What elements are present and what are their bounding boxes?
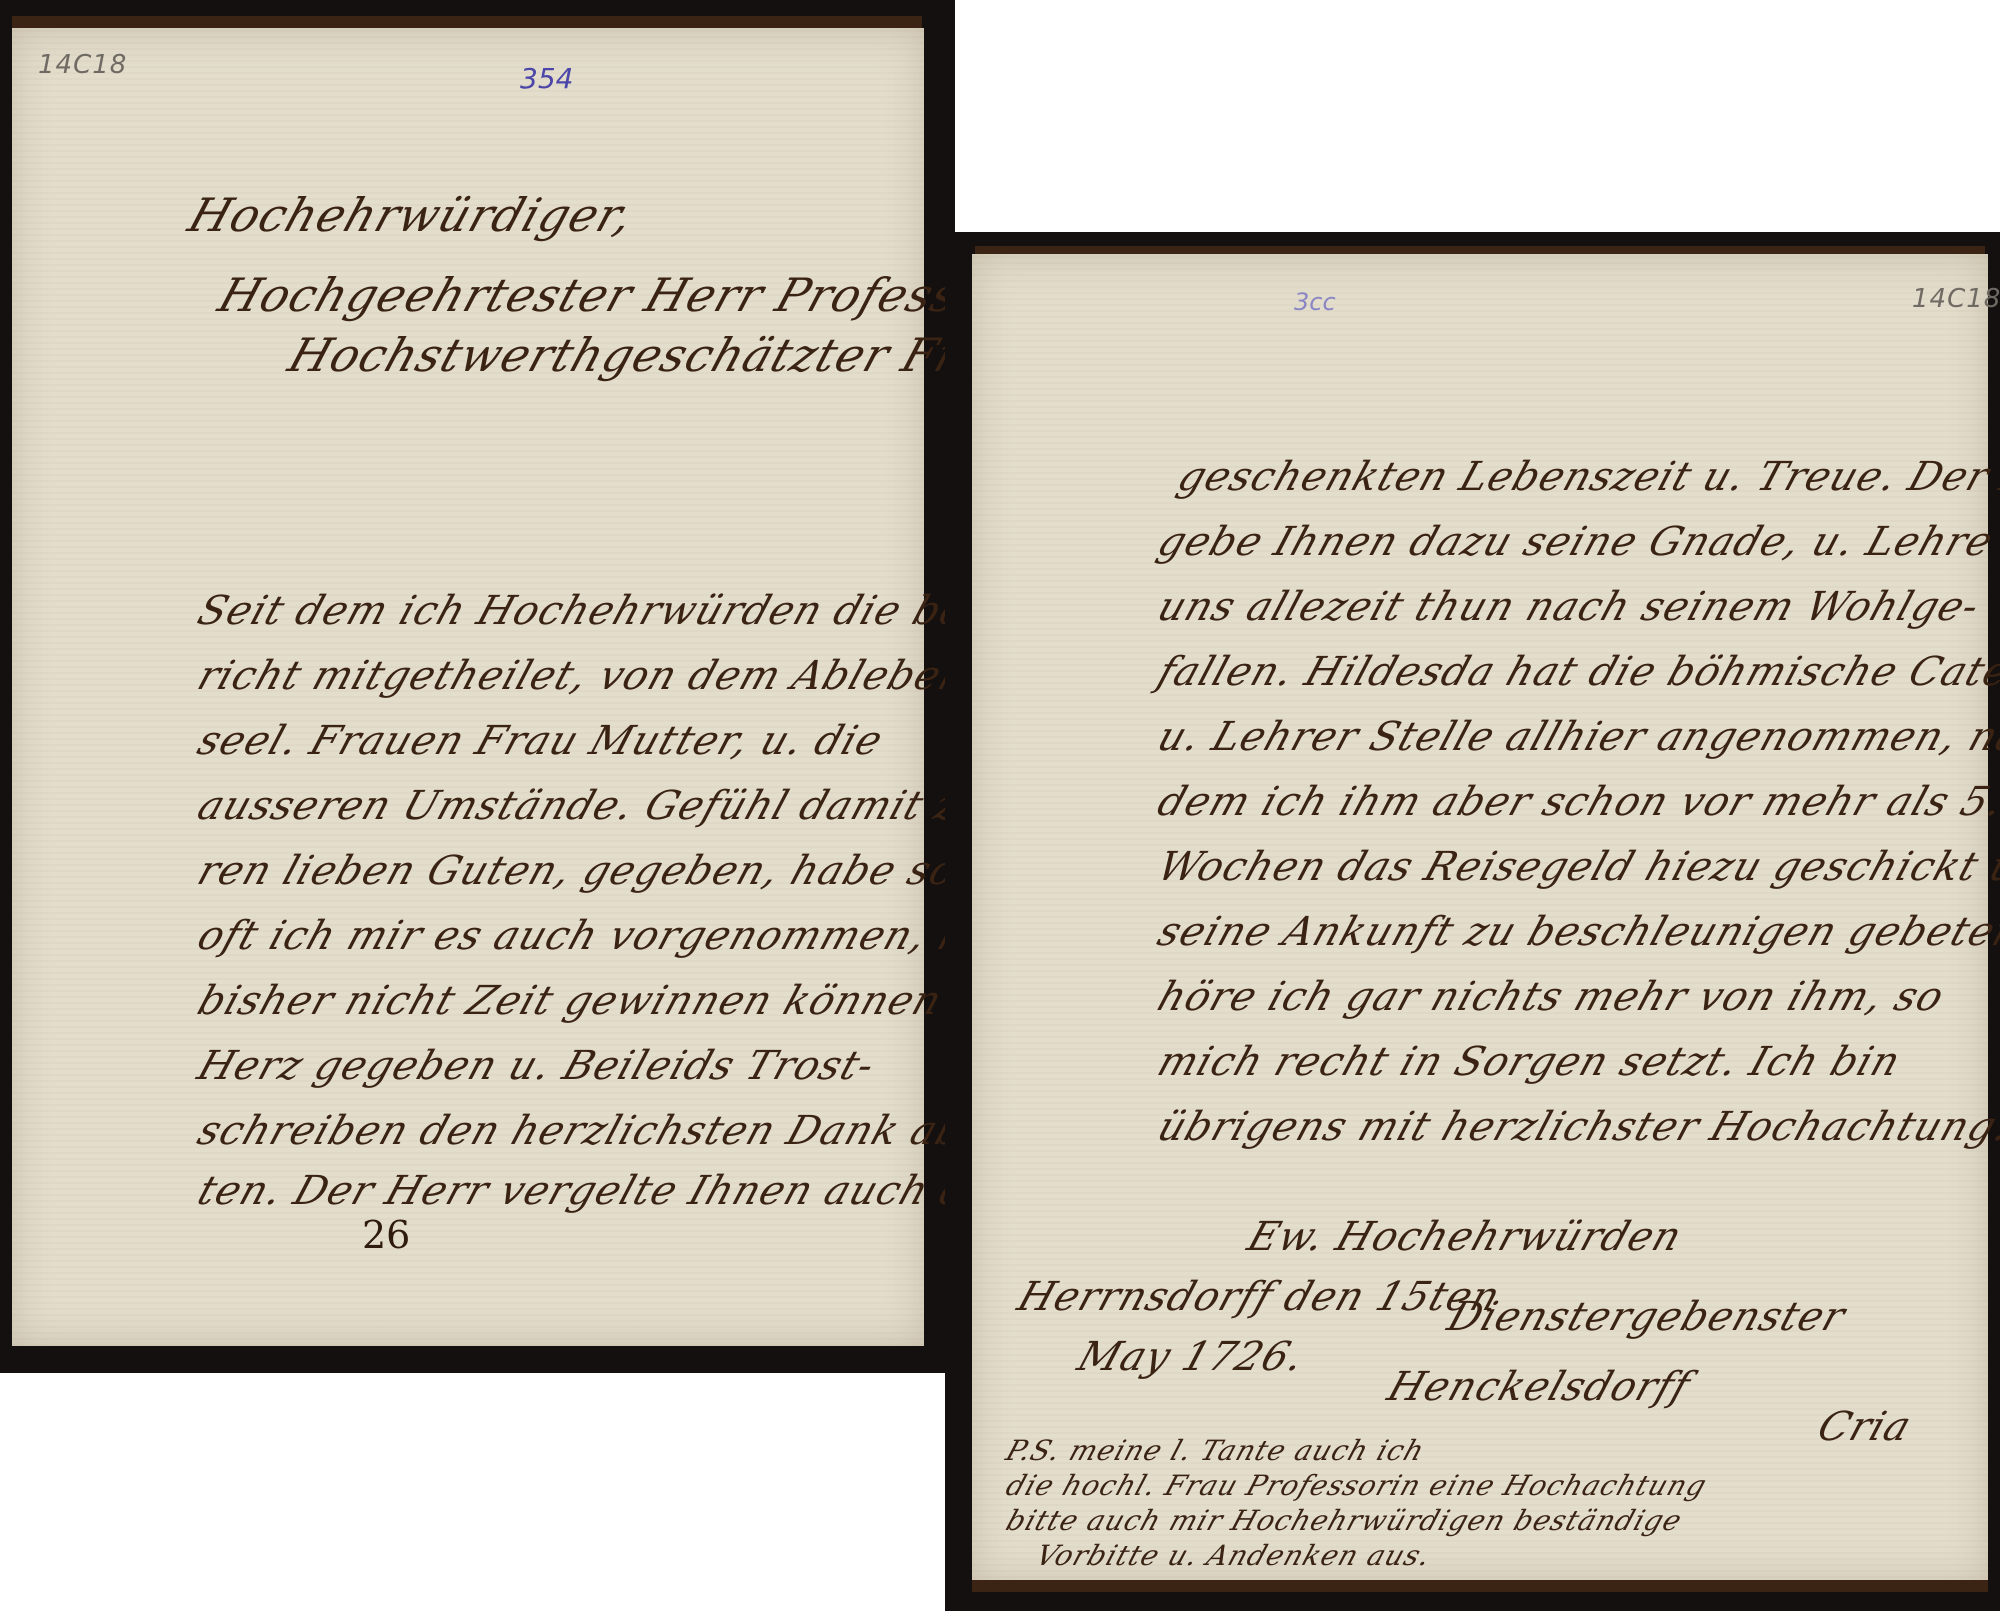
right-page-bottom-edge bbox=[972, 1580, 1988, 1592]
folio-stamp: 354 bbox=[520, 62, 573, 95]
page-number: 26 bbox=[362, 1213, 410, 1257]
letter-line: geschenkten Lebenszeit u. Treue. Der Her… bbox=[1172, 454, 2000, 500]
postscript-line: bitte auch mir Hochehrwürdigen beständig… bbox=[1002, 1504, 1687, 1537]
postscript-line: Vorbitte u. Andenken aus. bbox=[1032, 1539, 1436, 1572]
right-page: 3cc 14C18 geschenkten Lebenszeit u. Treu… bbox=[972, 254, 1988, 1584]
letter-line: übrigens mit herzlichster Hochachtung. bbox=[1152, 1104, 2000, 1150]
salutation-line: Hochgeehrtester Herr Professor, bbox=[212, 268, 1028, 322]
letter-line: höre ich gar nichts mehr von ihm, so bbox=[1152, 974, 1950, 1020]
letter-line: u. Lehrer Stelle allhier angenommen, nac… bbox=[1152, 714, 2000, 760]
signature: Dienstergebenster bbox=[1442, 1294, 1851, 1340]
letter-line: dem ich ihm aber schon vor mehr als 5. bbox=[1152, 779, 2000, 825]
place-date: Herrnsdorff den 15ten bbox=[1012, 1274, 1506, 1320]
letter-line: Herz gegeben u. Beileids Trost- bbox=[192, 1043, 881, 1089]
salutation-line: Hochehrwürdiger, bbox=[182, 188, 641, 242]
letter-line: seel. Frauen Frau Mutter, u. die bbox=[192, 718, 889, 764]
place-date: May 1726. bbox=[1072, 1334, 1311, 1380]
letter-line: gebe Ihnen dazu seine Gnade, u. Lehre bbox=[1152, 519, 1999, 565]
letter-line: bisher nicht Zeit gewinnen können vor bbox=[192, 978, 1030, 1024]
archive-number: 14C18 bbox=[38, 50, 127, 80]
letter-line: uns allezeit thun nach seinem Wohlge- bbox=[1152, 584, 1986, 630]
letter-line: ren lieben Guten, gegeben, habe so bbox=[192, 848, 963, 894]
left-page: 14C18 354 Hochehrwürdiger, Hochgeehrtest… bbox=[12, 28, 924, 1346]
letter-line: fallen. Hildesda hat die böhmische Catec… bbox=[1152, 649, 2000, 695]
pencil-mark: 3cc bbox=[1294, 288, 1336, 316]
letter-line: seine Ankunft zu beschleunigen gebeten, bbox=[1152, 909, 2000, 955]
archive-number: 14C18 bbox=[1912, 284, 2000, 314]
postscript-line: die hochl. Frau Professorin eine Hochach… bbox=[1002, 1469, 1711, 1502]
postscript-line: P.S. meine l. Tante auch ich bbox=[1002, 1434, 1429, 1467]
letter-line: oft ich mir es auch vorgenommen, noch bbox=[192, 913, 1049, 959]
closing: Ew. Hochehrwürden bbox=[1242, 1214, 1688, 1260]
signature-suffix: Cria bbox=[1812, 1404, 1917, 1450]
signature: Henckelsdorff bbox=[1382, 1364, 1696, 1410]
letter-line: Wochen das Reisegeld hiezu geschickt u. bbox=[1152, 844, 2000, 890]
letter-line: mich recht in Sorgen setzt. Ich bin bbox=[1152, 1039, 1907, 1085]
